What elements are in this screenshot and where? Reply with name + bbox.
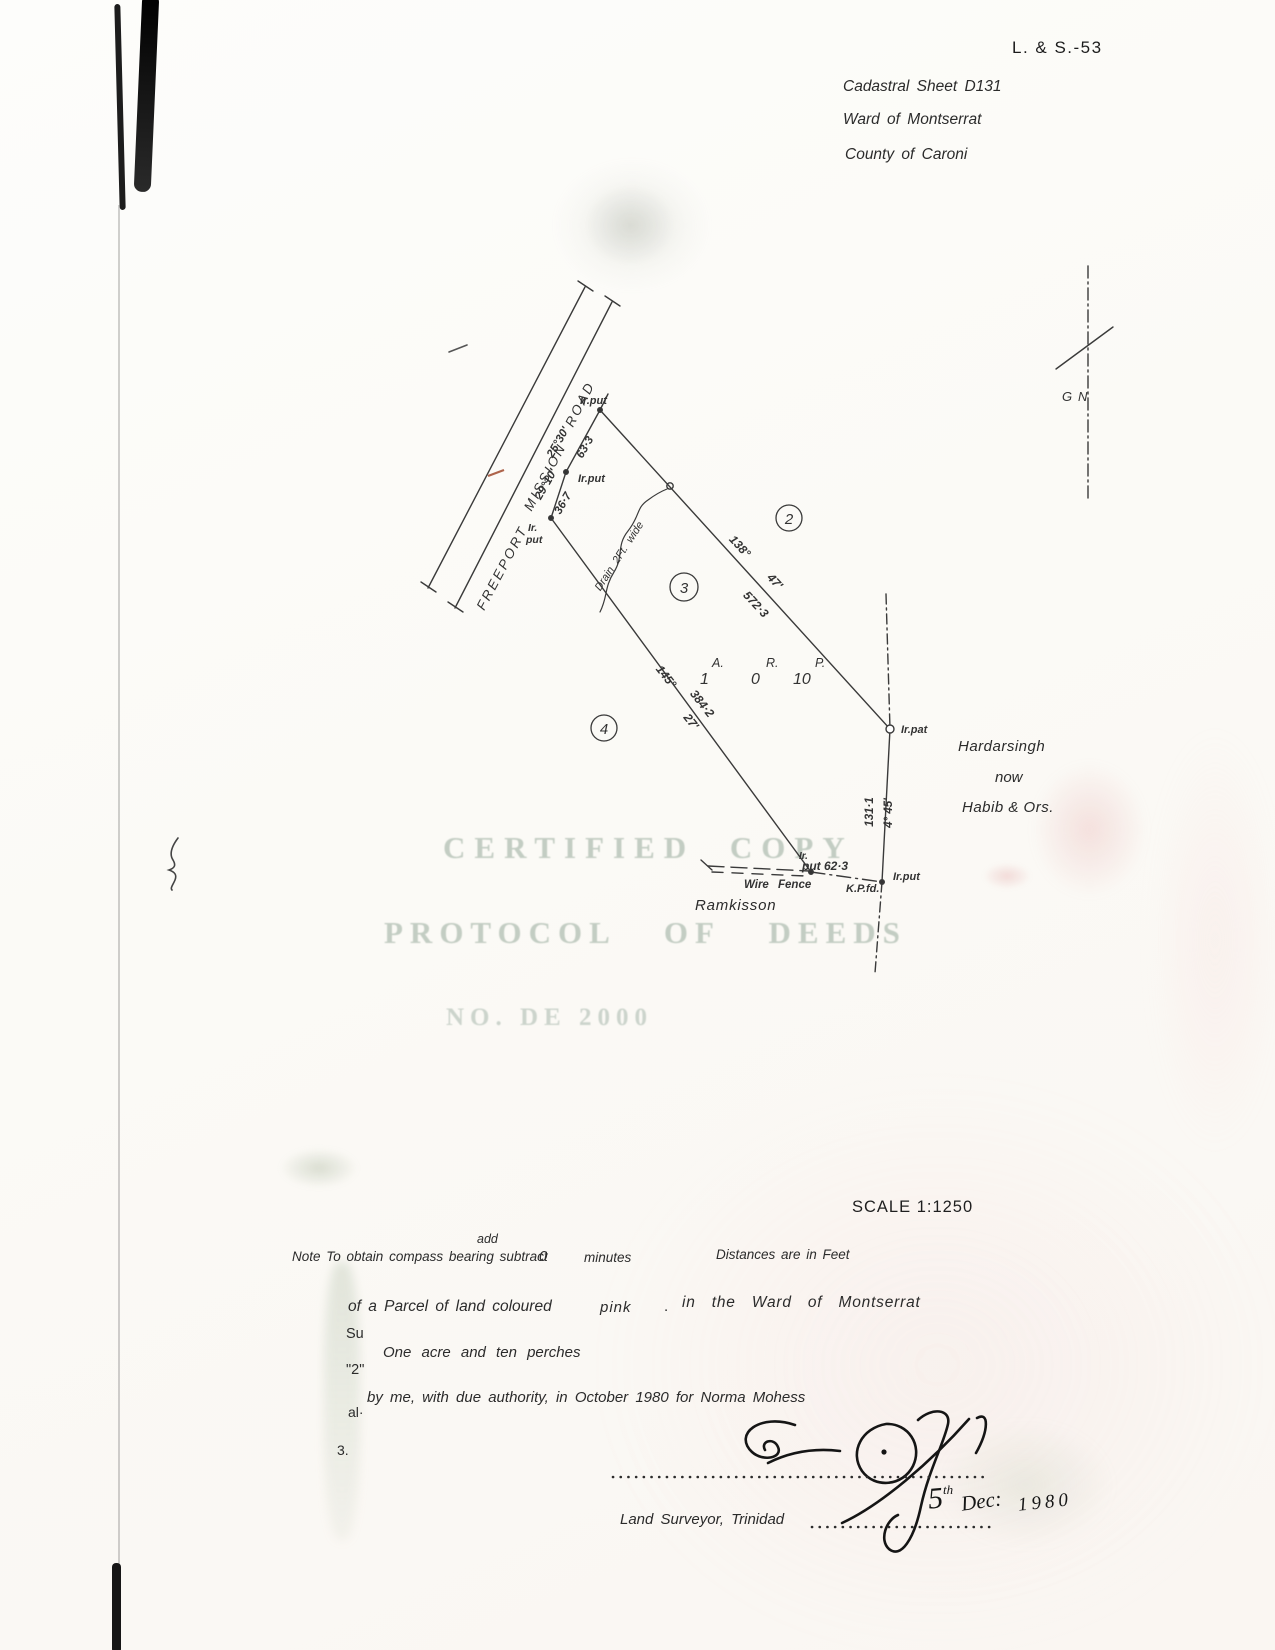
stray-dash-mark [449, 345, 467, 352]
area-acres-unit: A. [711, 656, 724, 670]
road-edge-east-tick-bottom [448, 602, 463, 612]
marker-point-top [598, 408, 603, 413]
road-edge-west-tick-top [578, 281, 593, 291]
marker-label-ir-stacked-bottom: put [525, 534, 543, 546]
margin-squiggle-mark [169, 838, 178, 890]
road-edge-east [455, 302, 612, 608]
frontage-distance-1: 36·7 [552, 490, 574, 516]
wire-fence-label: Wire Fence [744, 879, 812, 891]
surveyor-signature [746, 1411, 986, 1551]
east-boundary-bearing: 4° 45' [883, 797, 895, 829]
area-roods: 0 [751, 671, 760, 688]
boundary-north [600, 410, 890, 729]
north-boundary-bearing-min: 47' [764, 570, 787, 593]
boundary-south [811, 872, 882, 882]
boundary-east-lower-extension [875, 882, 882, 973]
boundary-east-upper-extension [886, 594, 890, 729]
boundary-southwest [551, 518, 811, 872]
north-arrow-g-label: G [1062, 389, 1072, 404]
north-arrow-cross [1056, 327, 1113, 369]
area-perches: 10 [793, 671, 811, 688]
wire-fence-line-1 [708, 866, 809, 871]
area-acres: 1 [700, 671, 709, 688]
marker-label-ir-pat: Ir.pat [901, 724, 929, 736]
north-arrow-n-label: N [1078, 389, 1088, 404]
marker-label-ir-put-se: Ir.put [893, 871, 921, 883]
scanned-survey-document: CERTIFIED COPY PROTOCOL OF DEEDS NO. DE … [0, 0, 1275, 1650]
drain-label: Drain 2Ft. wide [593, 520, 647, 594]
marker-point-road-junction [549, 516, 554, 521]
marker-label-ir-put-mid: Ir.put [578, 473, 606, 485]
sw-boundary-bearing-min: 27' [680, 710, 702, 733]
marker-label-ir-put-top: Ir.put [580, 395, 608, 407]
marker-label-put-623: put 62·3 [801, 859, 848, 873]
road-name-word-1: FREEPORT [474, 523, 531, 612]
east-boundary-distance: 131·1 [864, 797, 876, 826]
marker-point-east-corner [886, 725, 894, 733]
road-edge-east-tick-top [605, 296, 620, 306]
lot-3-number: 3 [680, 580, 689, 597]
north-boundary-bearing-deg: 138° [726, 532, 753, 560]
drain-line [600, 489, 667, 612]
red-pen-dash [488, 470, 504, 476]
survey-plan-drawing: FREEPORT MISSION ROAD 29°10' 36·7 25°30'… [0, 0, 1275, 1650]
lot-2-number: 2 [784, 511, 794, 528]
marker-label-kp-fd: K.P.fd. [846, 883, 879, 895]
area-roods-unit: R. [766, 656, 779, 670]
frontage-distance-2: 63·3 [574, 434, 596, 460]
marker-label-ir-stacked-top: Ir. [528, 522, 537, 534]
lot-4-number: 4 [600, 721, 608, 738]
marker-point-mid [564, 470, 569, 475]
marker-point-southeast-corner [880, 880, 885, 885]
road-edge-west-tick-bottom [421, 582, 436, 592]
wire-fence-end-tick [701, 860, 712, 870]
area-perches-unit: P. [815, 656, 825, 670]
wire-fence-line-2 [712, 872, 806, 876]
